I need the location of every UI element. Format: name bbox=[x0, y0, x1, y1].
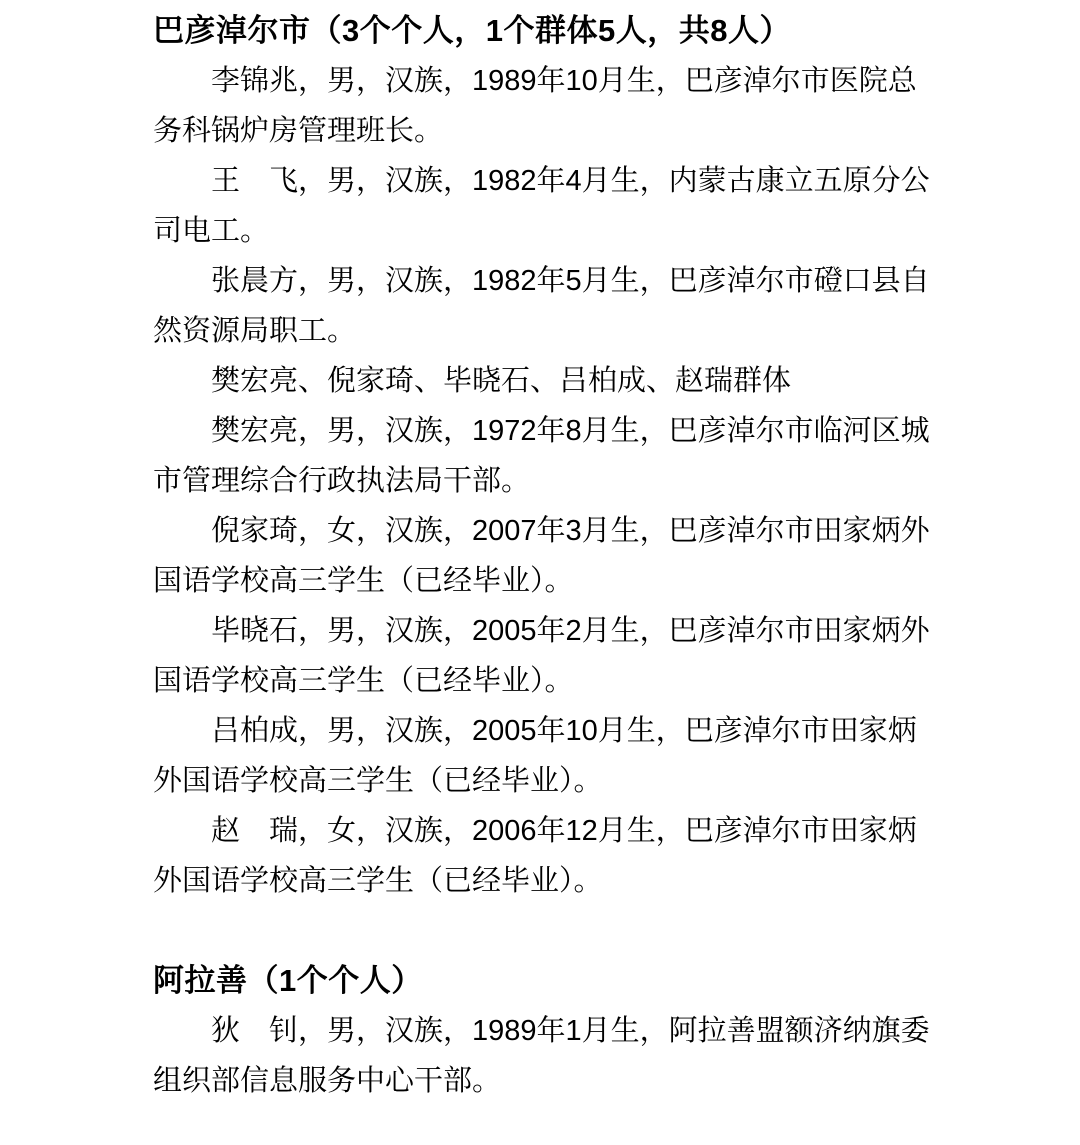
section-heading-alxa: 阿拉善（1个个人） bbox=[153, 956, 933, 1006]
section-bayannur: 巴彦淖尔市（3个个人，1个群体5人，共8人） 李锦兆，男，汉族，1989年10月… bbox=[153, 6, 933, 906]
document-content: 巴彦淖尔市（3个个人，1个群体5人，共8人） 李锦兆，男，汉族，1989年10月… bbox=[153, 6, 933, 1106]
document-page: 巴彦淖尔市（3个个人，1个群体5人，共8人） 李锦兆，男，汉族，1989年10月… bbox=[0, 0, 1080, 1145]
paragraph-lv-bocheng: 吕柏成，男，汉族，2005年10月生，巴彦淖尔市田家炳外国语学校高三学生（已经毕… bbox=[153, 706, 933, 806]
paragraph-fan-hongliang: 樊宏亮，男，汉族，1972年8月生，巴彦淖尔市临河区城市管理综合行政执法局干部。 bbox=[153, 406, 933, 506]
section-heading-bayannur: 巴彦淖尔市（3个个人，1个群体5人，共8人） bbox=[153, 6, 933, 56]
section-alxa: 阿拉善（1个个人） 狄 钊，男，汉族，1989年1月生，阿拉善盟额济纳旗委组织部… bbox=[153, 956, 933, 1106]
paragraph-wang-fei: 王 飞，男，汉族，1982年4月生，内蒙古康立五原分公司电工。 bbox=[153, 156, 933, 256]
paragraph-zhang-chenfang: 张晨方，男，汉族，1982年5月生，巴彦淖尔市磴口县自然资源局职工。 bbox=[153, 256, 933, 356]
paragraph-li-jinzhao: 李锦兆，男，汉族，1989年10月生，巴彦淖尔市医院总务科锅炉房管理班长。 bbox=[153, 56, 933, 156]
paragraph-ni-jiaqi: 倪家琦，女，汉族，2007年3月生，巴彦淖尔市田家炳外国语学校高三学生（已经毕业… bbox=[153, 506, 933, 606]
paragraph-di-zhao: 狄 钊，男，汉族，1989年1月生，阿拉善盟额济纳旗委组织部信息服务中心干部。 bbox=[153, 1006, 933, 1106]
paragraph-bi-xiaoshi: 毕晓石，男，汉族，2005年2月生，巴彦淖尔市田家炳外国语学校高三学生（已经毕业… bbox=[153, 606, 933, 706]
paragraph-group-list: 樊宏亮、倪家琦、毕晓石、吕柏成、赵瑞群体 bbox=[153, 356, 933, 406]
paragraph-zhao-rui: 赵 瑞，女，汉族，2006年12月生，巴彦淖尔市田家炳外国语学校高三学生（已经毕… bbox=[153, 806, 933, 906]
